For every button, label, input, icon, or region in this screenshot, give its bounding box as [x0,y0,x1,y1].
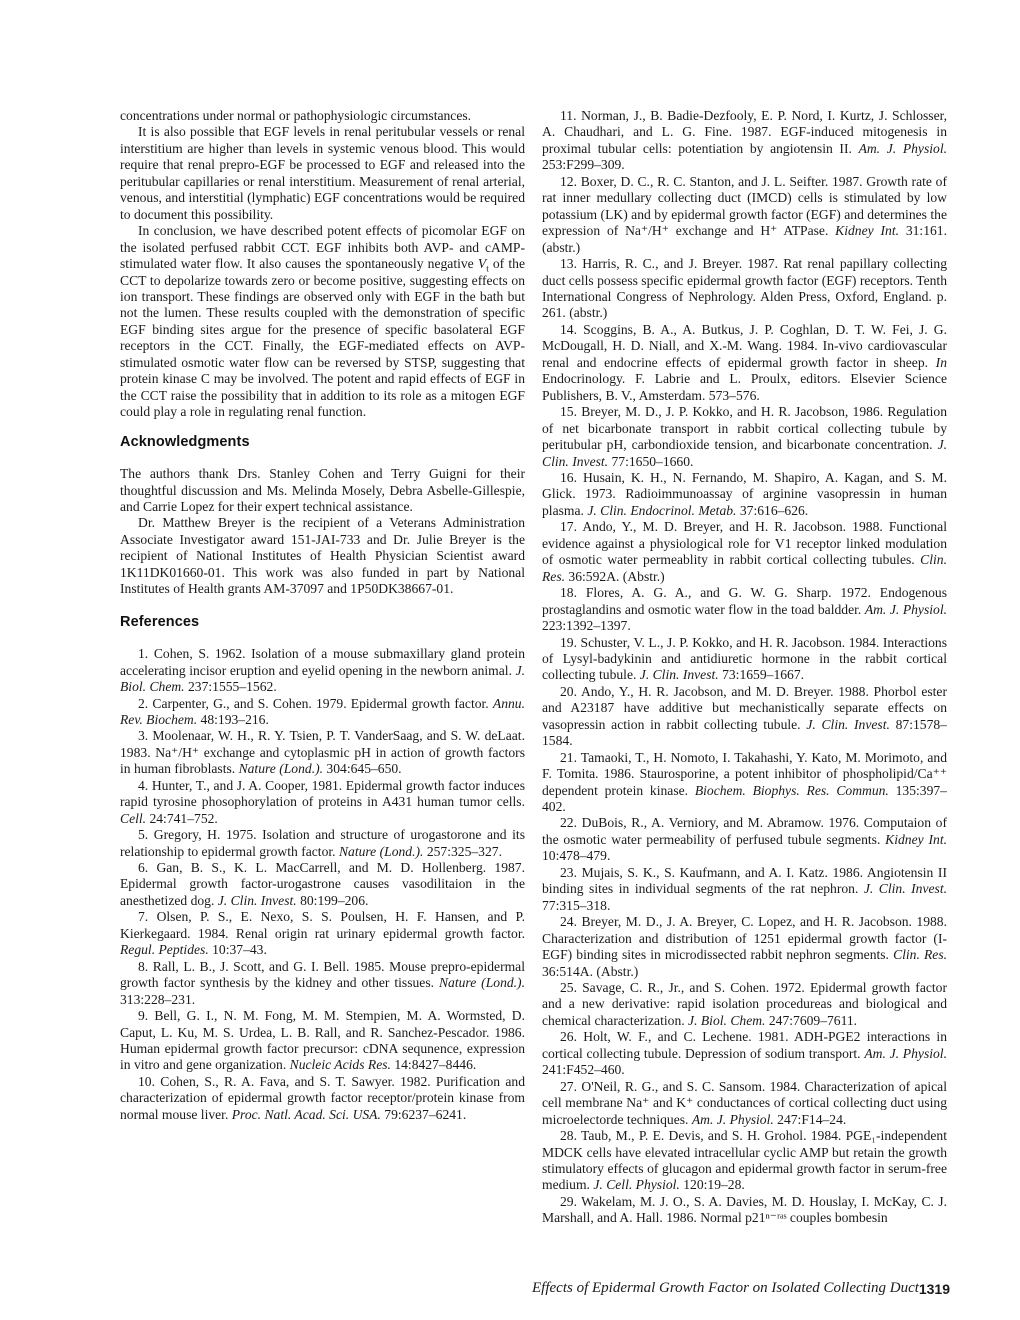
reference-citation: 10:37–43. [209,942,267,957]
reference-item: 6. Gan, B. S., K. L. MacCarrell, and M. … [120,860,525,909]
reference-journal: J. Cell. Physiol. [593,1177,679,1192]
reference-item: 22. DuBois, R., A. Verniory, and M. Abra… [542,815,947,864]
reference-text: Carpenter, G., and S. Cohen. 1979. Epide… [152,696,492,711]
vt-symbol: V [478,256,486,271]
reference-number: 15. [560,404,577,419]
reference-item: 2. Carpenter, G., and S. Cohen. 1979. Ep… [120,696,525,729]
reference-number: 28. [560,1128,577,1143]
reference-citation: 24:741–752. [146,811,218,826]
reference-list-right: 11. Norman, J., B. Badie-Dezfooly, E. P.… [542,108,947,1227]
reference-citation: 79:6237–6241. [381,1107,466,1122]
reference-citation: 241:F452–460. [542,1062,625,1077]
reference-citation: 48:193–216. [197,712,269,727]
reference-journal: Regul. Peptides. [120,942,209,957]
reference-journal: Biochem. Biophys. Res. Commun. [695,783,889,798]
reference-number: 1. [138,646,148,661]
reference-journal: In [936,355,947,370]
page-number: 1319 [919,1281,950,1297]
reference-text: Scoggins, B. A., A. Butkus, J. P. Coghla… [542,322,947,370]
reference-item: 14. Scoggins, B. A., A. Butkus, J. P. Co… [542,322,947,404]
reference-journal: J. Clin. Endocrinol. Metab. [587,503,736,518]
reference-item: 23. Mujais, S. K., S. Kaufmann, and A. I… [542,865,947,914]
reference-text: Breyer, M. D., J. P. Kokko, and H. R. Ja… [542,404,947,452]
reference-item: 18. Flores, A. G. A., and G. W. G. Sharp… [542,585,947,634]
reference-item: 15. Breyer, M. D., J. P. Kokko, and H. R… [542,404,947,470]
reference-text: Wakelam, M. J. O., S. A. Davies, M. D. H… [542,1194,947,1225]
reference-citation: 73:1659–1667. [719,667,804,682]
left-column: concentrations under normal or pathophys… [120,108,525,1123]
reference-number: 13. [560,256,577,271]
reference-item: 27. O'Neil, R. G., and S. C. Sansom. 198… [542,1079,947,1128]
reference-number: 17. [560,519,577,534]
reference-citation: 237:1555–1562. [185,679,277,694]
reference-journal: Nature (Lond.). [439,975,525,990]
reference-citation: 36:592A. (Abstr.) [565,569,665,584]
conclusion-paragraph: In conclusion, we have described potent … [120,223,525,420]
acknowledgment-paragraph: Dr. Matthew Breyer is the recipient of a… [120,515,525,597]
reference-item: 21. Tamaoki, T., H. Nomoto, I. Takahashi… [542,750,947,816]
reference-citation: 10:478–479. [542,848,610,863]
reference-citation: 77:1650–1660. [608,454,693,469]
reference-number: 27. [560,1079,577,1094]
body-paragraph: concentrations under normal or pathophys… [120,108,525,124]
reference-item: 28. Taub, M., P. E. Devis, and S. H. Gro… [542,1128,947,1194]
acknowledgments-heading: Acknowledgments [120,434,525,450]
reference-item: 3. Moolenaar, W. H., R. Y. Tsien, P. T. … [120,728,525,777]
reference-journal: Nature (Lond.). [239,761,323,776]
reference-number: 20. [560,684,577,699]
reference-item: 20. Ando, Y., H. R. Jacobson, and M. D. … [542,684,947,750]
reference-item: 19. Schuster, V. L., J. P. Kokko, and H.… [542,635,947,684]
reference-citation: 247:7609–7611. [765,1013,857,1028]
reference-citation: 223:1392–1397. [542,618,631,633]
reference-journal: Clin. Res. [893,947,947,962]
reference-item: 11. Norman, J., B. Badie-Dezfooly, E. P.… [542,108,947,174]
reference-citation: 120:19–28. [680,1177,745,1192]
reference-journal: J. Clin. Invest. [864,881,947,896]
reference-number: 9. [138,1008,148,1023]
reference-journal: Am. J. Physiol. [864,1046,947,1061]
reference-journal: Kidney Int. [885,832,947,847]
reference-text: Hunter, T., and J. A. Cooper, 1981. Epid… [120,778,525,809]
reference-journal: Kidney Int. [835,223,899,238]
reference-text: Harris, R. C., and J. Breyer. 1987. Rat … [542,256,947,320]
reference-number: 25. [560,980,577,995]
reference-journal: Proc. Natl. Acad. Sci. USA. [232,1107,381,1122]
reference-list-left: 1. Cohen, S. 1962. Isolation of a mouse … [120,646,525,1123]
reference-number: 18. [560,585,577,600]
reference-item: 8. Rall, L. B., J. Scott, and G. I. Bell… [120,959,525,1008]
reference-citation: 313:228–231. [120,992,195,1007]
reference-number: 24. [560,914,577,929]
reference-journal: J. Biol. Chem. [688,1013,765,1028]
reference-item: 12. Boxer, D. C., R. C. Stanton, and J. … [542,174,947,256]
reference-number: 23. [560,865,577,880]
reference-item: 10. Cohen, S., R. A. Fava, and S. T. Saw… [120,1074,525,1123]
reference-item: 5. Gregory, H. 1975. Isolation and struc… [120,827,525,860]
reference-item: 17. Ando, Y., M. D. Breyer, and H. R. Ja… [542,519,947,585]
reference-item: 4. Hunter, T., and J. A. Cooper, 1981. E… [120,778,525,827]
reference-journal: Am. J. Physiol. [859,141,947,156]
reference-citation: 36:514A. (Abstr.) [542,964,638,979]
reference-citation: 37:616–626. [736,503,808,518]
reference-journal: Am. J. Physiol. [865,602,947,617]
acknowledgment-paragraph: The authors thank Drs. Stanley Cohen and… [120,466,525,515]
reference-item: 26. Holt, W. F., and C. Lechene. 1981. A… [542,1029,947,1078]
reference-text: Cohen, S. 1962. Isolation of a mouse sub… [120,646,525,677]
conclusion-text-b: of the CCT to depolarize towards zero or… [120,256,525,419]
reference-text: Breyer, M. D., J. A. Breyer, C. Lopez, a… [542,914,947,962]
running-title: Effects of Epidermal Growth Factor on Is… [532,1280,919,1296]
reference-journal: J. Clin. Invest. [806,717,890,732]
reference-citation: Endocrinology. F. Labrie and L. Proulx, … [542,371,947,402]
reference-number: 14. [560,322,577,337]
reference-item: 29. Wakelam, M. J. O., S. A. Davies, M. … [542,1194,947,1227]
reference-journal: J. Clin. Invest. [218,893,297,908]
reference-number: 11. [560,108,577,123]
reference-citation: 304:645–650. [323,761,402,776]
reference-item: 1. Cohen, S. 1962. Isolation of a mouse … [120,646,525,695]
reference-citation: 14:8427–8446. [391,1057,476,1072]
reference-number: 7. [138,909,148,924]
reference-journal: Am. J. Physiol. [692,1112,774,1127]
reference-number: 26. [560,1029,577,1044]
reference-journal: Nature (Lond.). [339,844,423,859]
reference-citation: 77:315–318. [542,898,610,913]
reference-number: 29. [560,1194,577,1209]
reference-item: 16. Husain, K. H., N. Fernando, M. Shapi… [542,470,947,519]
reference-number: 8. [138,959,148,974]
body-paragraph: It is also possible that EGF levels in r… [120,124,525,223]
reference-text: Ando, Y., M. D. Breyer, and H. R. Jacobs… [542,519,947,567]
reference-number: 21. [560,750,577,765]
right-column: 11. Norman, J., B. Badie-Dezfooly, E. P.… [542,108,947,1227]
reference-item: 13. Harris, R. C., and J. Breyer. 1987. … [542,256,947,322]
reference-text: Olsen, P. S., E. Nexo, S. S. Poulsen, H.… [120,909,525,940]
reference-citation: 257:325–327. [423,844,502,859]
reference-number: 22. [560,815,577,830]
reference-number: 6. [138,860,148,875]
reference-item: 24. Breyer, M. D., J. A. Breyer, C. Lope… [542,914,947,980]
reference-number: 3. [138,728,148,743]
reference-number: 2. [138,696,148,711]
reference-item: 25. Savage, C. R., Jr., and S. Cohen. 19… [542,980,947,1029]
references-heading: References [120,614,525,630]
reference-number: 19. [560,635,577,650]
reference-number: 4. [138,778,148,793]
conclusion-text-a: In conclusion, we have described potent … [120,223,525,271]
reference-number: 12. [560,174,577,189]
reference-journal: J. Clin. Invest. [640,667,719,682]
reference-number: 5. [138,827,148,842]
page-footer: Effects of Epidermal Growth Factor on Is… [532,1280,950,1297]
reference-item: 9. Bell, G. I., N. M. Fong, M. M. Stempi… [120,1008,525,1074]
reference-citation: 247:F14–24. [774,1112,847,1127]
reference-journal: Cell. [120,811,146,826]
reference-journal: Nucleic Acids Res. [290,1057,391,1072]
reference-number: 10. [138,1074,155,1089]
reference-citation: 253:F299–309. [542,157,625,172]
reference-item: 7. Olsen, P. S., E. Nexo, S. S. Poulsen,… [120,909,525,958]
reference-citation: 80:199–206. [297,893,369,908]
reference-number: 16. [560,470,577,485]
